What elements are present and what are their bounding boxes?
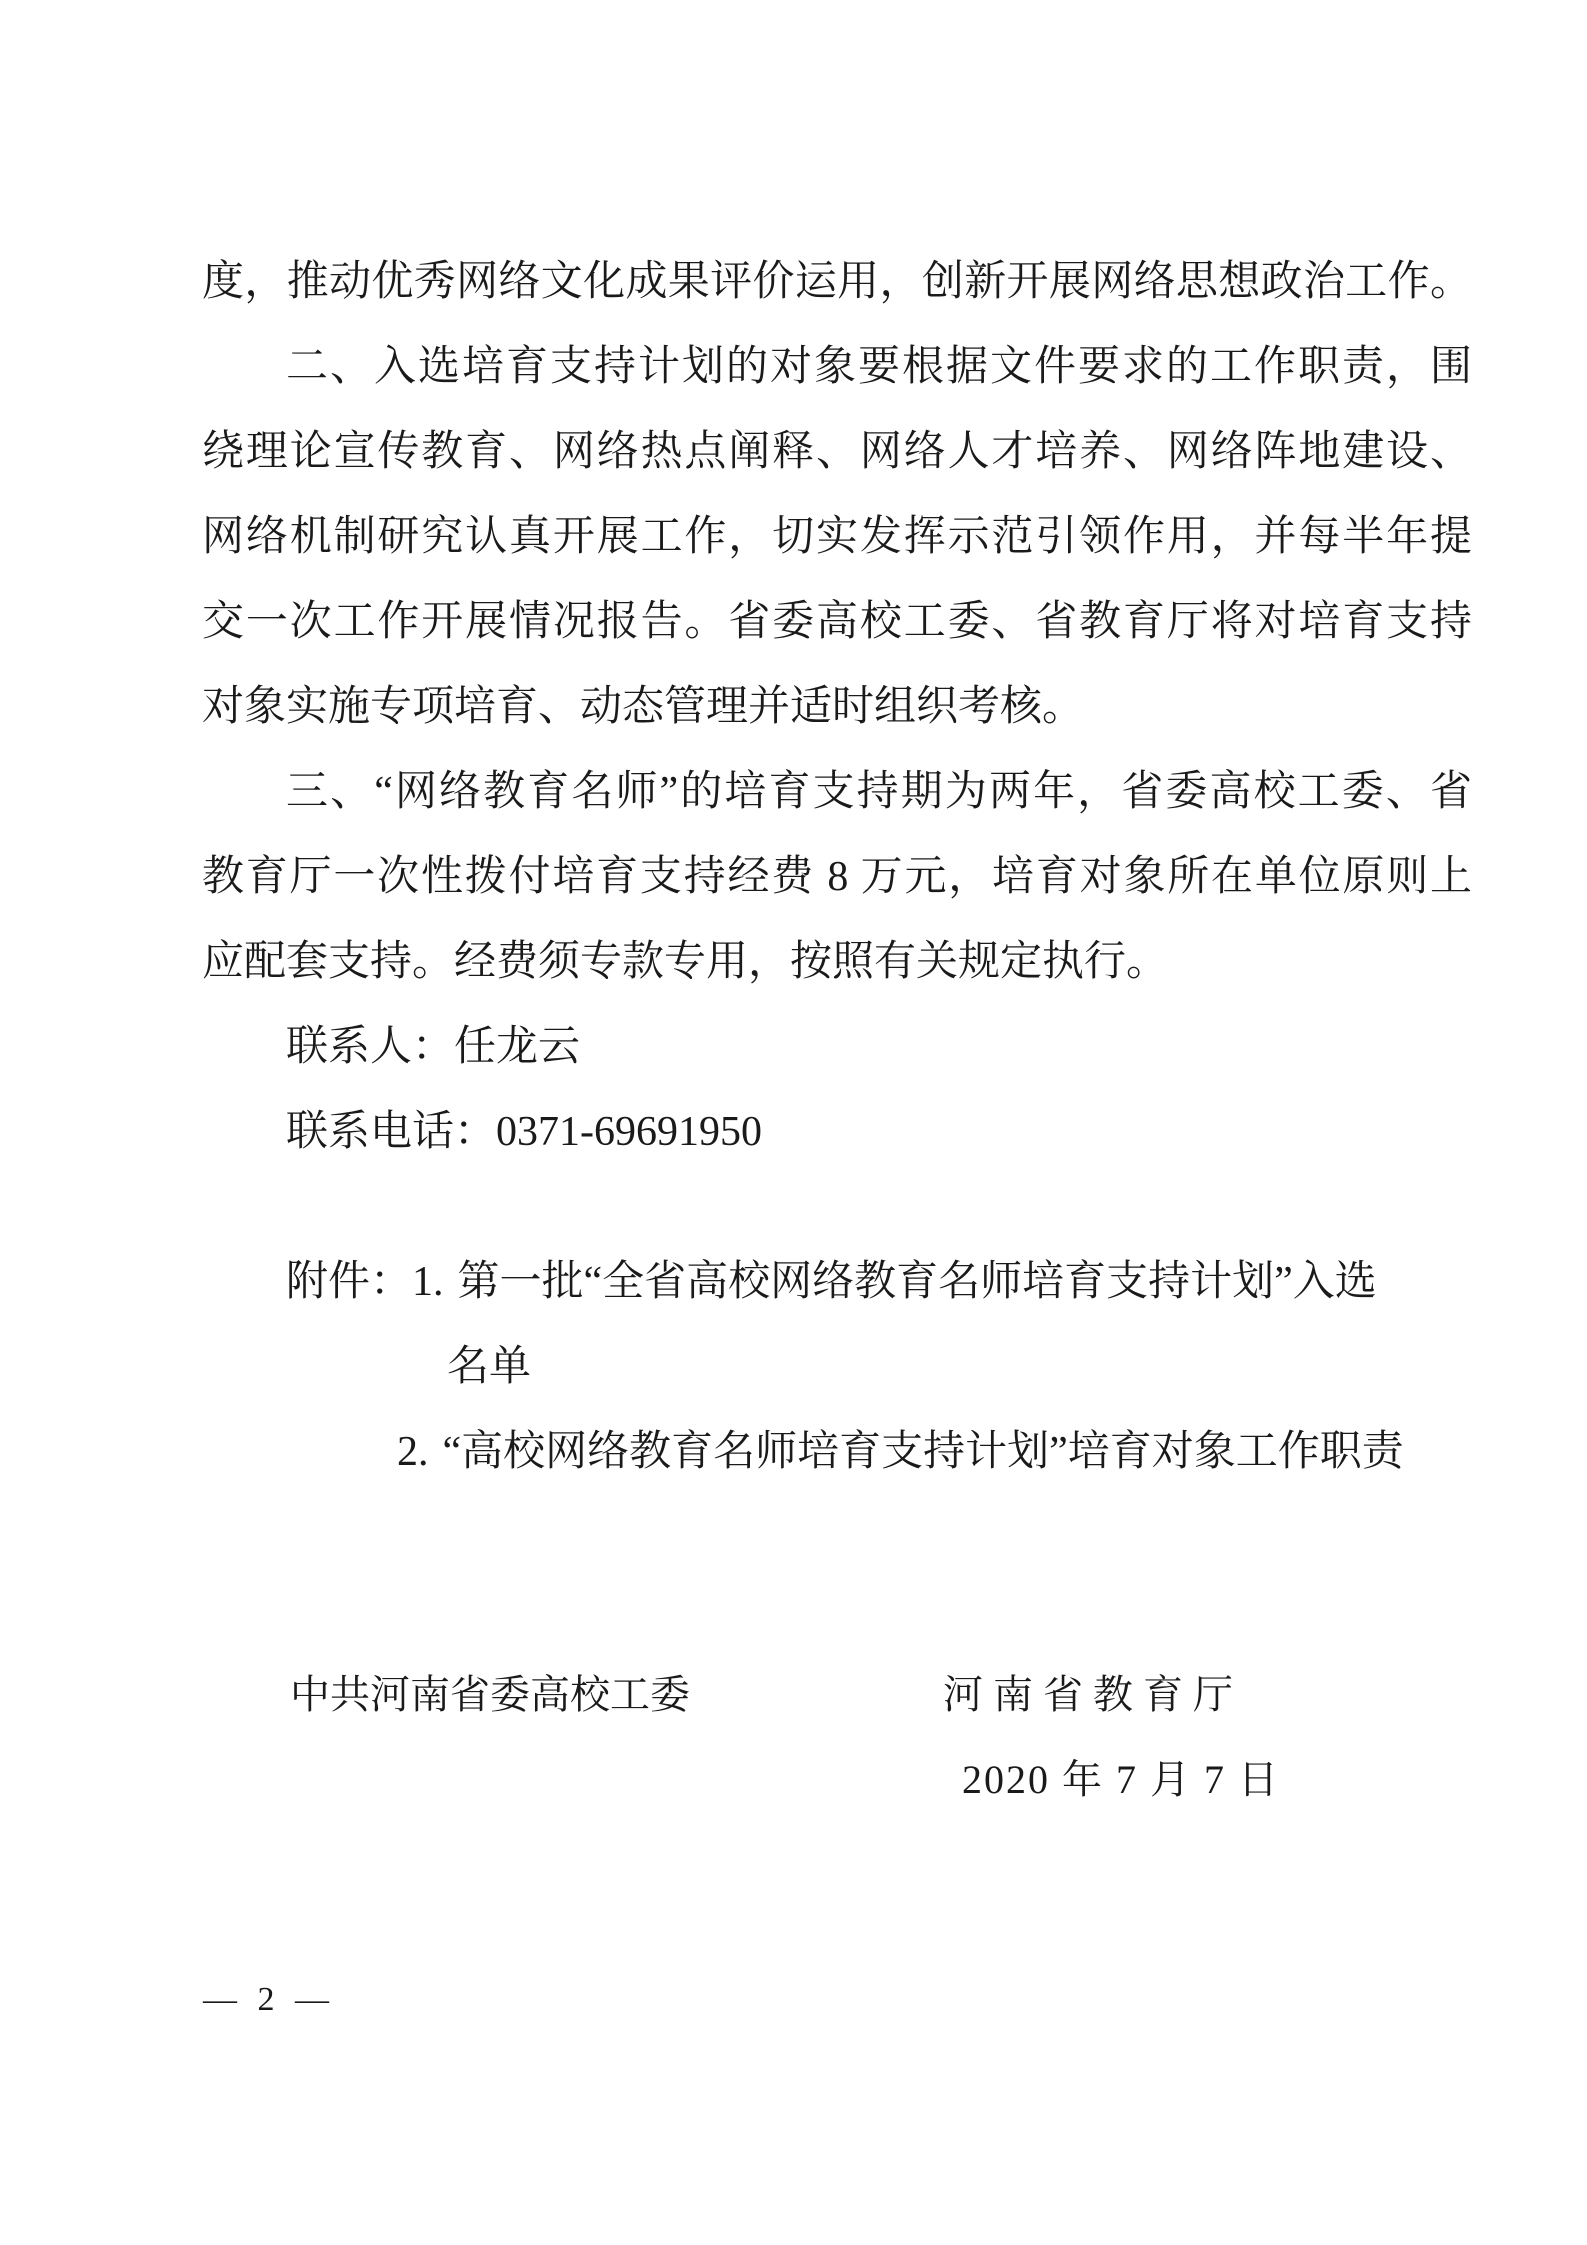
body-line: 对象实施专项培育、动态管理并适时组织考核。 xyxy=(202,665,1472,750)
body-text: 度，推动优秀网络文化成果评价运用，创新开展网络思想政治工作。 二、入选培育支持计… xyxy=(202,240,1472,1175)
attachment-item-1-line-1: 附件：1.第一批“全省高校网络教育名师培育支持计划”入选 xyxy=(202,1240,1472,1325)
attachments-section: 附件：1.第一批“全省高校网络教育名师培育支持计划”入选 名单 2.“高校网络教… xyxy=(202,1240,1472,1495)
attachment-item-2-line: 2.“高校网络教育名师培育支持计划”培育对象工作职责 xyxy=(202,1410,1472,1495)
attachment-item-2-number: 2. xyxy=(397,1429,443,1475)
body-line: 二、入选培育支持计划的对象要根据文件要求的工作职责，围 xyxy=(202,325,1472,410)
contact-person-line: 联系人：任龙云 xyxy=(202,1005,1472,1090)
signature-block: 中共河南省委高校工委 河南省教育厅 2020 年 7 月 7 日 xyxy=(202,1652,1472,1852)
left-signature-org: 中共河南省委高校工委 xyxy=(290,1652,690,1737)
attachment-item-1-text: 第一批“全省高校网络教育名师培育支持计划”入选 xyxy=(458,1259,1377,1305)
body-line: 交一次工作开展情况报告。省委高校工委、省教育厅将对培育支持 xyxy=(202,580,1472,665)
signature-date: 2020 年 7 月 7 日 xyxy=(962,1737,1280,1822)
body-line: 应配套支持。经费须专款专用，按照有关规定执行。 xyxy=(202,920,1472,1005)
attachment-item-1-continuation: 名单 xyxy=(447,1344,531,1390)
attachments-label: 附件： xyxy=(286,1259,412,1305)
attachment-item-1-number: 1. xyxy=(412,1259,458,1305)
body-line: 网络机制研究认真开展工作，切实发挥示范引领作用，并每半年提 xyxy=(202,495,1472,580)
body-line: 绕理论宣传教育、网络热点阐释、网络人才培养、网络阵地建设、 xyxy=(202,410,1472,495)
body-line: 度，推动优秀网络文化成果评价运用，创新开展网络思想政治工作。 xyxy=(202,240,1472,325)
body-line: 教育厅一次性拨付培育支持经费 8 万元，培育对象所在单位原则上 xyxy=(202,835,1472,920)
contact-phone-line: 联系电话：0371-69691950 xyxy=(202,1090,1472,1175)
attachment-item-1-line-2: 名单 xyxy=(202,1325,1472,1410)
right-signature-org: 河南省教育厅 xyxy=(943,1652,1243,1737)
document-page: 度，推动优秀网络文化成果评价运用，创新开展网络思想政治工作。 二、入选培育支持计… xyxy=(0,0,1587,2245)
attachment-item-2-text: “高校网络教育名师培育支持计划”培育对象工作职责 xyxy=(443,1429,1404,1475)
page-number: — 2 — xyxy=(203,1972,335,2028)
body-line: 三、“网络教育名师”的培育支持期为两年，省委高校工委、省 xyxy=(202,750,1472,835)
